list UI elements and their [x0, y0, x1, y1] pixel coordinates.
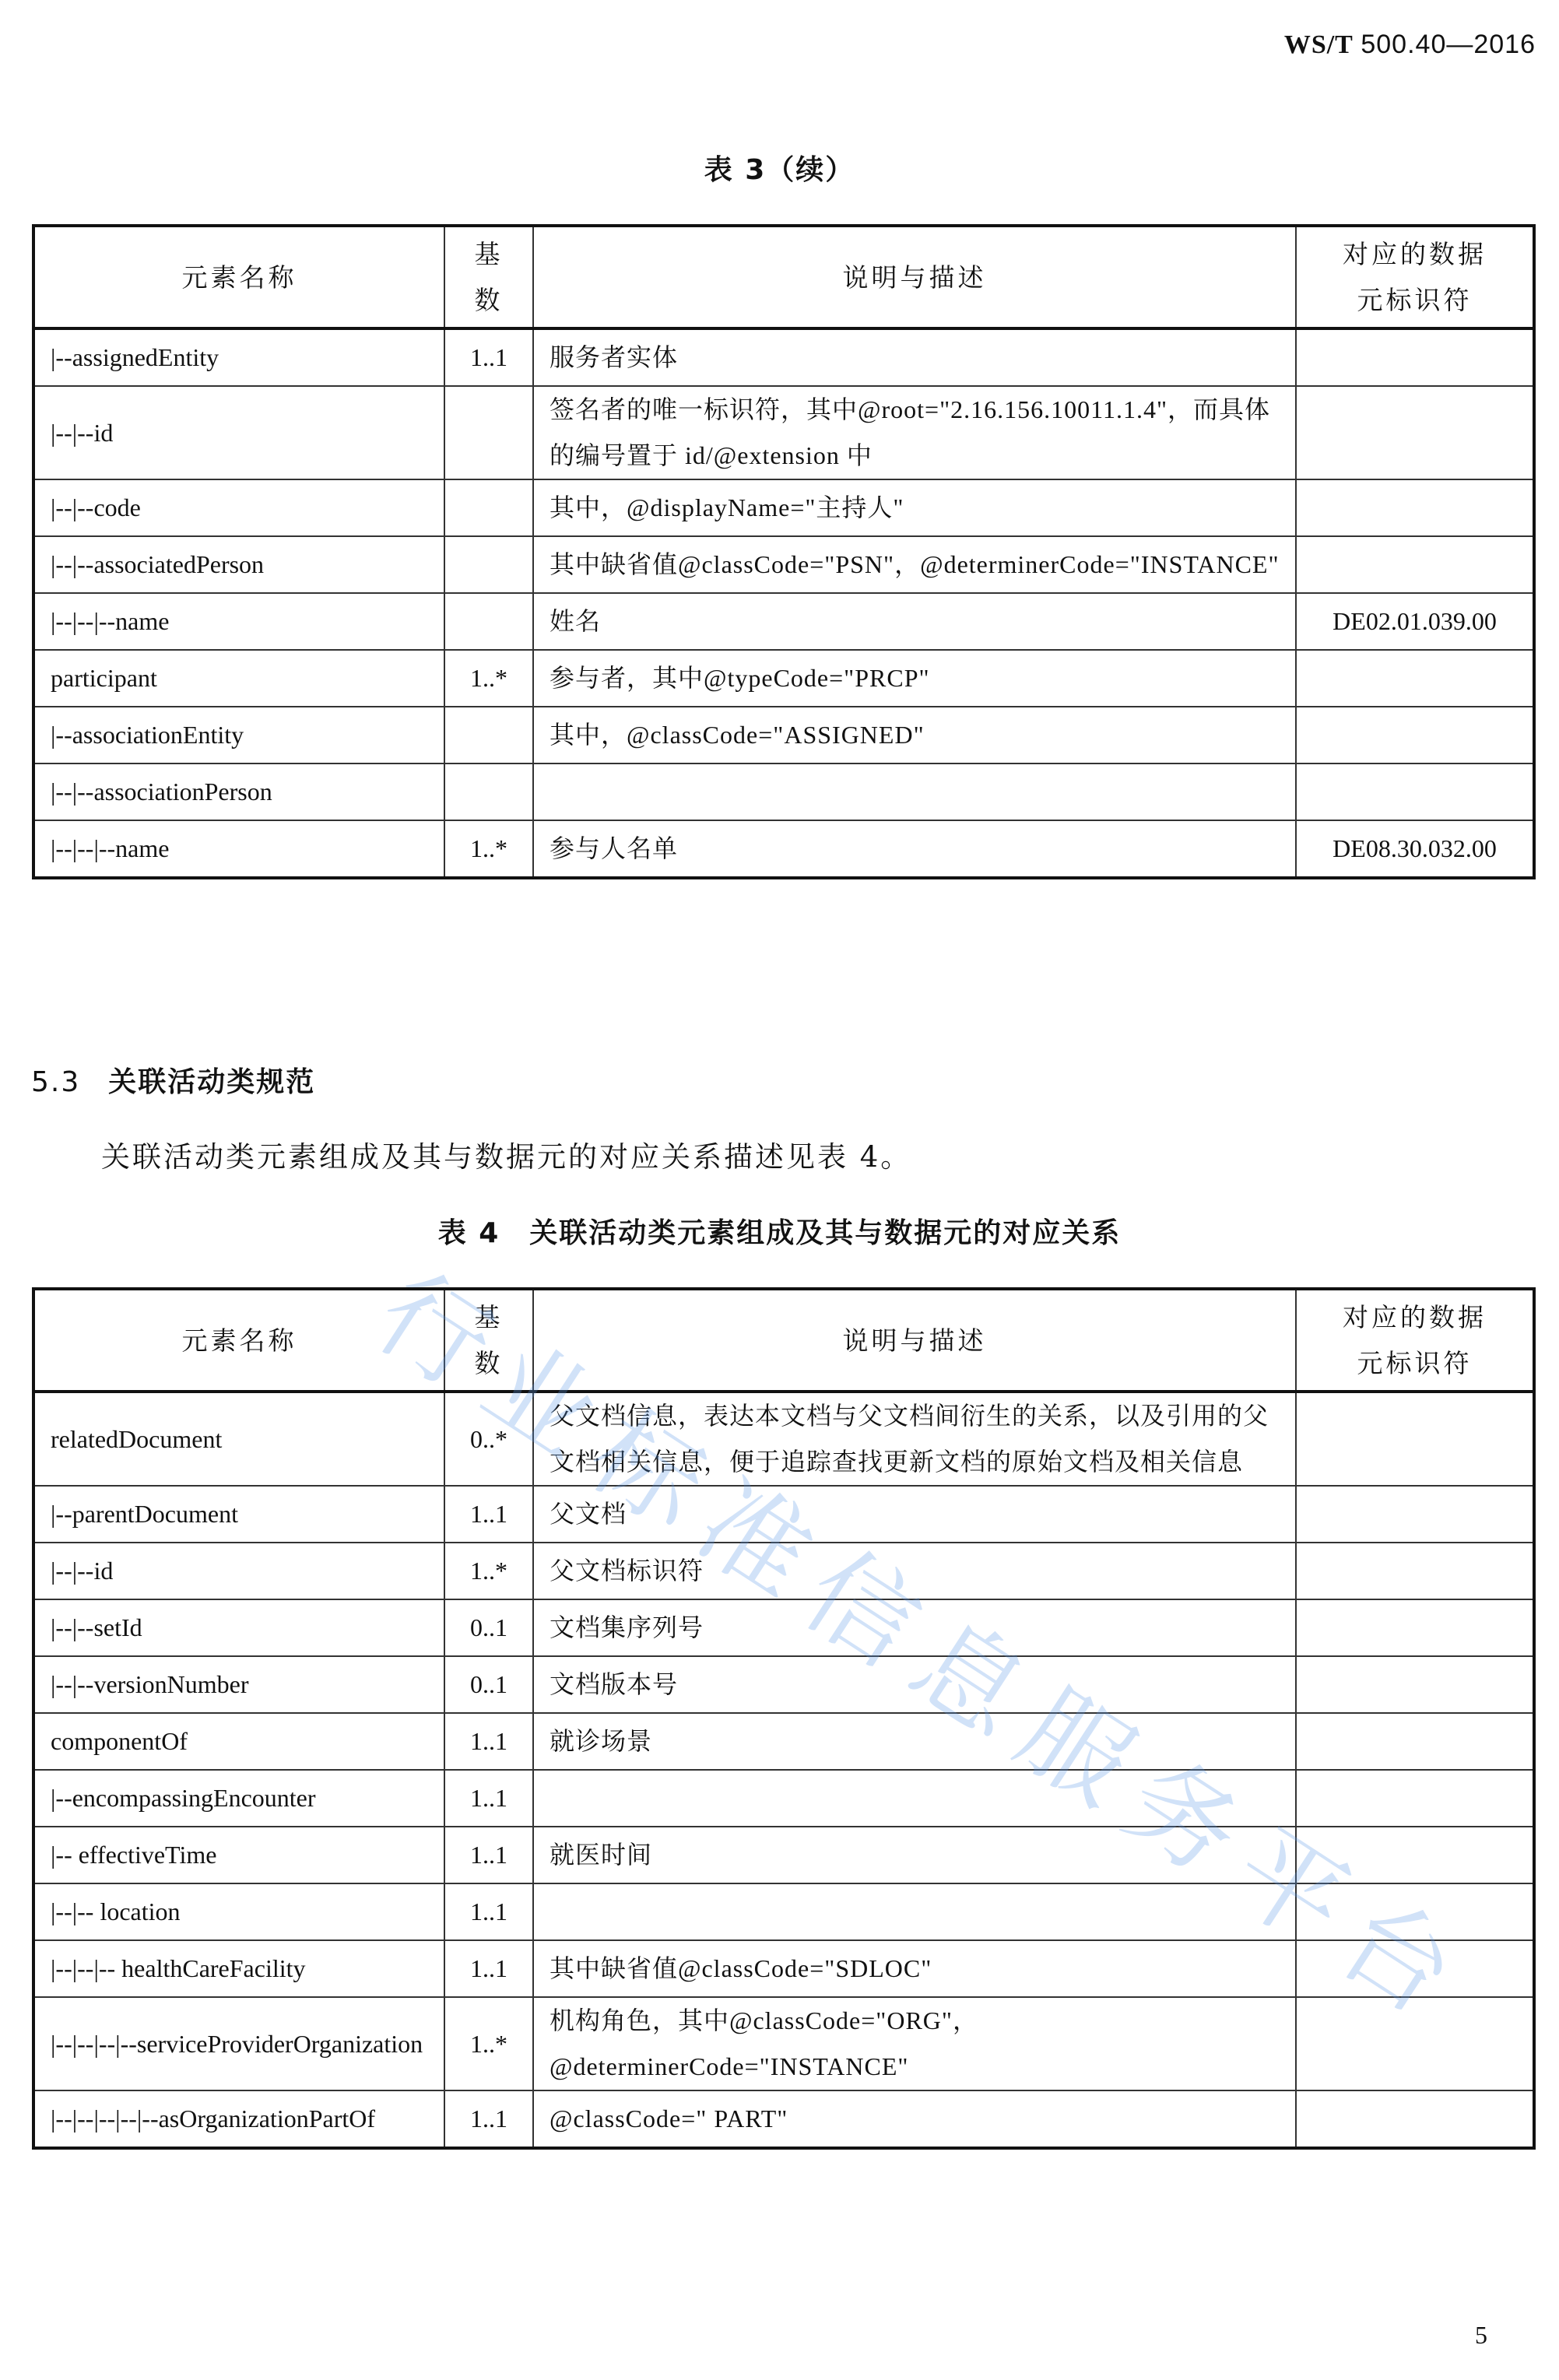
identifier-cell	[1296, 1827, 1534, 1883]
table-row: |--|--|-- healthCareFacility1..1其中缺省值@cl…	[33, 1940, 1534, 1997]
identifier-cell	[1296, 650, 1534, 707]
identifier-cell	[1296, 1997, 1534, 2090]
table-row: |--|--setId0..1文档集序列号	[33, 1599, 1534, 1656]
table-row: relatedDocument0..*父文档信息，表达本文档与父文档间衍生的关系…	[33, 1392, 1534, 1486]
cardinality-cell: 1..1	[444, 1940, 533, 1997]
table-row: |--|--|--name姓名DE02.01.039.00	[33, 593, 1534, 650]
cardinality-cell	[444, 386, 533, 479]
table-row: |--|--versionNumber0..1文档版本号	[33, 1656, 1534, 1713]
table-row: |--parentDocument1..1父文档	[33, 1486, 1534, 1543]
table-row: |--assignedEntity1..1服务者实体	[33, 328, 1534, 386]
description-cell: 就诊场景	[533, 1713, 1296, 1770]
cardinality-cell: 1..1	[444, 328, 533, 386]
identifier-cell	[1296, 479, 1534, 536]
table3: 元素名称 基数 说明与描述 对应的数据 元标识符 |--assignedEnti…	[32, 224, 1536, 879]
element-name-cell: |--encompassingEncounter	[33, 1770, 444, 1827]
cardinality-cell: 1..1	[444, 1713, 533, 1770]
table4: 元素名称 基数 说明与描述 对应的数据 元标识符 relatedDocument…	[32, 1287, 1536, 2150]
description-cell: 文档集序列号	[533, 1599, 1296, 1656]
description-cell: 父文档标识符	[533, 1543, 1296, 1599]
identifier-cell	[1296, 328, 1534, 386]
table-row: participant1..*参与者，其中@typeCode="PRCP"	[33, 650, 1534, 707]
element-name-cell: |--|--|--name	[33, 593, 444, 650]
identifier-cell: DE02.01.039.00	[1296, 593, 1534, 650]
identifier-cell	[1296, 763, 1534, 820]
element-name-cell: |--|--|-- healthCareFacility	[33, 1940, 444, 1997]
description-cell: 其中，@displayName="主持人"	[533, 479, 1296, 536]
cardinality-cell: 1..*	[444, 1997, 533, 2090]
cardinality-cell: 1..1	[444, 1883, 533, 1940]
cardinality-cell	[444, 593, 533, 650]
column-header-element-name: 元素名称	[33, 226, 444, 328]
section-heading: 5.3关联活动类规范	[31, 1060, 315, 1100]
table-row: |--|--id签名者的唯一标识符，其中@root="2.16.156.1001…	[33, 386, 1534, 479]
section-title: 关联活动类规范	[108, 1066, 315, 1098]
description-cell	[533, 1770, 1296, 1827]
table-row: |--|--|--|--|--asOrganizationPartOf1..1@…	[33, 2090, 1534, 2148]
identifier-cell	[1296, 1486, 1534, 1543]
element-name-cell: |--|--|--name	[33, 820, 444, 878]
element-name-cell: |--|--versionNumber	[33, 1656, 444, 1713]
column-header-identifier: 对应的数据 元标识符	[1296, 1289, 1534, 1392]
column-header-identifier: 对应的数据 元标识符	[1296, 226, 1534, 328]
identifier-cell	[1296, 1599, 1534, 1656]
column-header-cardinality: 基数	[444, 226, 533, 328]
standard-code-number: 500.40—2016	[1361, 30, 1536, 59]
element-name-cell: |--assignedEntity	[33, 328, 444, 386]
cardinality-cell: 1..*	[444, 1543, 533, 1599]
identifier-cell	[1296, 386, 1534, 479]
cardinality-cell	[444, 707, 533, 763]
description-cell: 服务者实体	[533, 328, 1296, 386]
table4-caption: 表 4 关联活动类元素组成及其与数据元的对应关系	[0, 1211, 1559, 1251]
description-cell: 参与者，其中@typeCode="PRCP"	[533, 650, 1296, 707]
description-cell: @classCode=" PART"	[533, 2090, 1296, 2148]
column-header-description: 说明与描述	[533, 1289, 1296, 1392]
table-row: |-- effectiveTime1..1就医时间	[33, 1827, 1534, 1883]
standard-code-header: WS/T 500.40—2016	[1284, 30, 1536, 60]
description-cell: 文档版本号	[533, 1656, 1296, 1713]
identifier-cell	[1296, 1770, 1534, 1827]
standard-code-prefix: WS/T	[1284, 30, 1354, 59]
element-name-cell: |--|--id	[33, 386, 444, 479]
section-number: 5.3	[31, 1066, 80, 1098]
table-row: |--encompassingEncounter1..1	[33, 1770, 1534, 1827]
identifier-cell	[1296, 1392, 1534, 1486]
table3-caption: 表 3（续）	[0, 148, 1559, 188]
identifier-cell	[1296, 1656, 1534, 1713]
identifier-cell	[1296, 1940, 1534, 1997]
cardinality-cell: 0..1	[444, 1656, 533, 1713]
description-cell: 父文档	[533, 1486, 1296, 1543]
element-name-cell: componentOf	[33, 1713, 444, 1770]
table3-header-row: 元素名称 基数 说明与描述 对应的数据 元标识符	[33, 226, 1534, 328]
table-row: |--associationEntity其中，@classCode="ASSIG…	[33, 707, 1534, 763]
cardinality-cell: 1..1	[444, 1827, 533, 1883]
description-cell: 就医时间	[533, 1827, 1296, 1883]
cardinality-cell: 1..1	[444, 1486, 533, 1543]
element-name-cell: |--|-- location	[33, 1883, 444, 1940]
description-cell: 参与人名单	[533, 820, 1296, 878]
table-row: |--|--id1..*父文档标识符	[33, 1543, 1534, 1599]
cardinality-cell: 1..*	[444, 650, 533, 707]
description-cell	[533, 1883, 1296, 1940]
description-cell: 其中缺省值@classCode="SDLOC"	[533, 1940, 1296, 1997]
table4-header-row: 元素名称 基数 说明与描述 对应的数据 元标识符	[33, 1289, 1534, 1392]
element-name-cell: |--|--setId	[33, 1599, 444, 1656]
cardinality-cell	[444, 536, 533, 593]
column-header-cardinality: 基数	[444, 1289, 533, 1392]
column-header-element-name: 元素名称	[33, 1289, 444, 1392]
cardinality-cell: 0..*	[444, 1392, 533, 1486]
table-row: |--|--associatedPerson其中缺省值@classCode="P…	[33, 536, 1534, 593]
cardinality-cell: 1..1	[444, 2090, 533, 2148]
table3-body: |--assignedEntity1..1服务者实体|--|--id签名者的唯一…	[33, 328, 1534, 878]
description-cell	[533, 763, 1296, 820]
table-row: |--|--|--|--serviceProviderOrganization1…	[33, 1997, 1534, 2090]
description-cell: 机构角色，其中@classCode="ORG"，@determinerCode=…	[533, 1997, 1296, 2090]
element-name-cell: participant	[33, 650, 444, 707]
description-cell: 签名者的唯一标识符，其中@root="2.16.156.10011.1.4"，而…	[533, 386, 1296, 479]
identifier-cell	[1296, 536, 1534, 593]
table-row: |--|--code其中，@displayName="主持人"	[33, 479, 1534, 536]
element-name-cell: |--|--associationPerson	[33, 763, 444, 820]
table-row: |--|--associationPerson	[33, 763, 1534, 820]
table-row: |--|-- location1..1	[33, 1883, 1534, 1940]
cardinality-cell: 1..1	[444, 1770, 533, 1827]
cardinality-cell	[444, 479, 533, 536]
table-row: componentOf1..1就诊场景	[33, 1713, 1534, 1770]
section-paragraph: 关联活动类元素组成及其与数据元的对应关系描述见表 4。	[101, 1133, 911, 1175]
description-cell: 父文档信息，表达本文档与父文档间衍生的关系，以及引用的父文档相关信息，便于追踪查…	[533, 1392, 1296, 1486]
identifier-cell	[1296, 707, 1534, 763]
element-name-cell: |--|--id	[33, 1543, 444, 1599]
identifier-cell	[1296, 1713, 1534, 1770]
cardinality-cell: 0..1	[444, 1599, 533, 1656]
cardinality-cell: 1..*	[444, 820, 533, 878]
description-cell: 其中缺省值@classCode="PSN"，@determinerCode="I…	[533, 536, 1296, 593]
table-row: |--|--|--name1..*参与人名单DE08.30.032.00	[33, 820, 1534, 878]
description-cell: 其中，@classCode="ASSIGNED"	[533, 707, 1296, 763]
identifier-cell	[1296, 1543, 1534, 1599]
element-name-cell: relatedDocument	[33, 1392, 444, 1486]
element-name-cell: |--parentDocument	[33, 1486, 444, 1543]
identifier-cell	[1296, 2090, 1534, 2148]
element-name-cell: |--|--associatedPerson	[33, 536, 444, 593]
column-header-description: 说明与描述	[533, 226, 1296, 328]
description-cell: 姓名	[533, 593, 1296, 650]
element-name-cell: |--associationEntity	[33, 707, 444, 763]
element-name-cell: |--|--|--|--|--asOrganizationPartOf	[33, 2090, 444, 2148]
element-name-cell: |-- effectiveTime	[33, 1827, 444, 1883]
element-name-cell: |--|--code	[33, 479, 444, 536]
cardinality-cell	[444, 763, 533, 820]
element-name-cell: |--|--|--|--serviceProviderOrganization	[33, 1997, 444, 2090]
table4-body: relatedDocument0..*父文档信息，表达本文档与父文档间衍生的关系…	[33, 1392, 1534, 2148]
page-number: 5	[1475, 2321, 1487, 2350]
identifier-cell	[1296, 1883, 1534, 1940]
identifier-cell: DE08.30.032.00	[1296, 820, 1534, 878]
